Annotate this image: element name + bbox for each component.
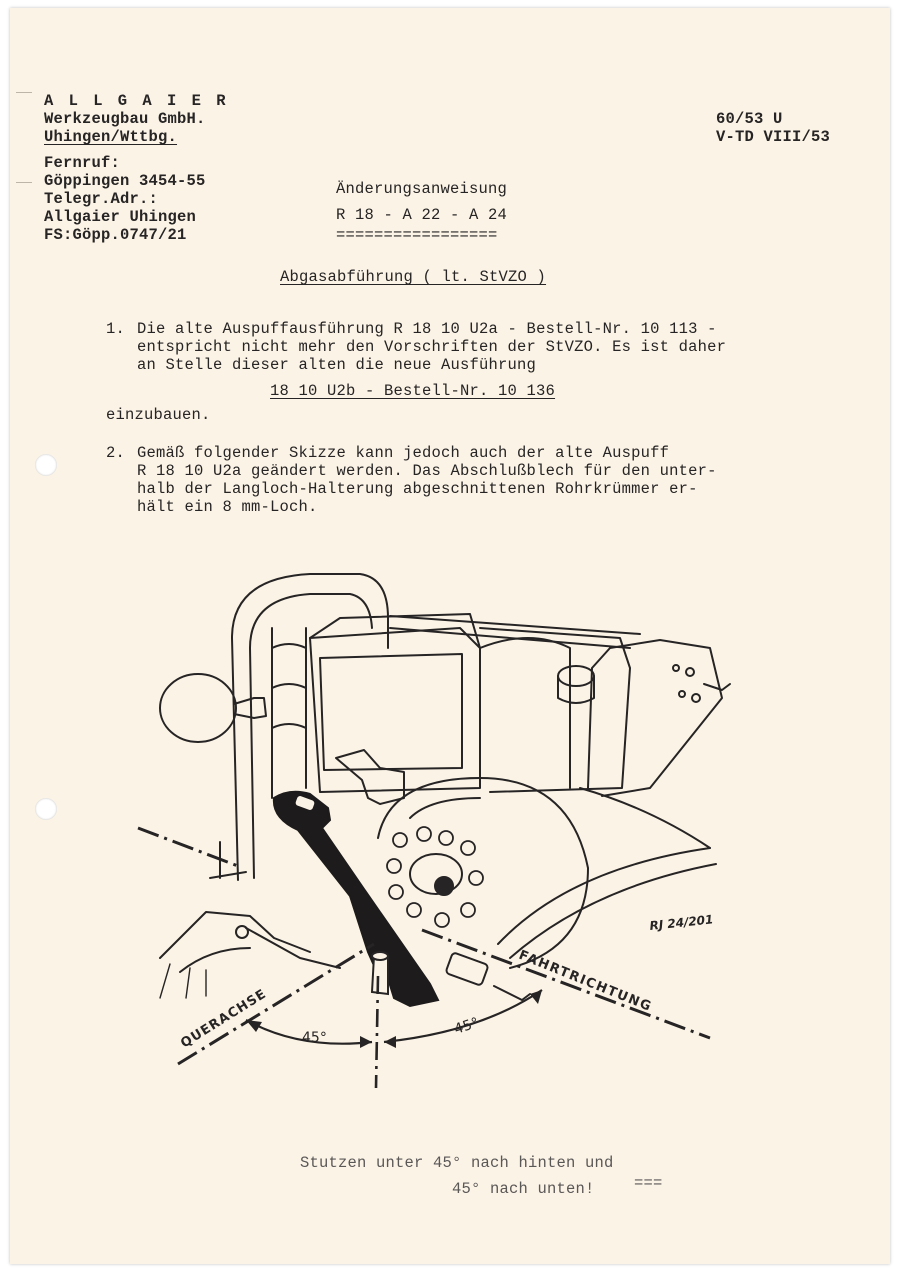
footer-note-rule: ===	[634, 1174, 663, 1192]
exhaust-sketch: QUERACHSE FAHRTRICHTUNG 45° 45° RJ 24/20…	[10, 8, 890, 1264]
angle-right: 45°	[452, 1015, 481, 1038]
drawing-number: RJ 24/201	[649, 912, 714, 933]
axis-label: QUERACHSE	[178, 987, 269, 1052]
document-page: A L L G A I E R Werkzeugbau GmbH. Uhinge…	[10, 8, 890, 1264]
direction-label: FAHRTRICHTUNG	[517, 948, 655, 1015]
footer-note-line: Stutzen unter 45° nach hinten und	[300, 1154, 614, 1172]
angle-left: 45°	[302, 1030, 327, 1046]
footer-note-line: 45° nach unten!	[452, 1180, 595, 1198]
